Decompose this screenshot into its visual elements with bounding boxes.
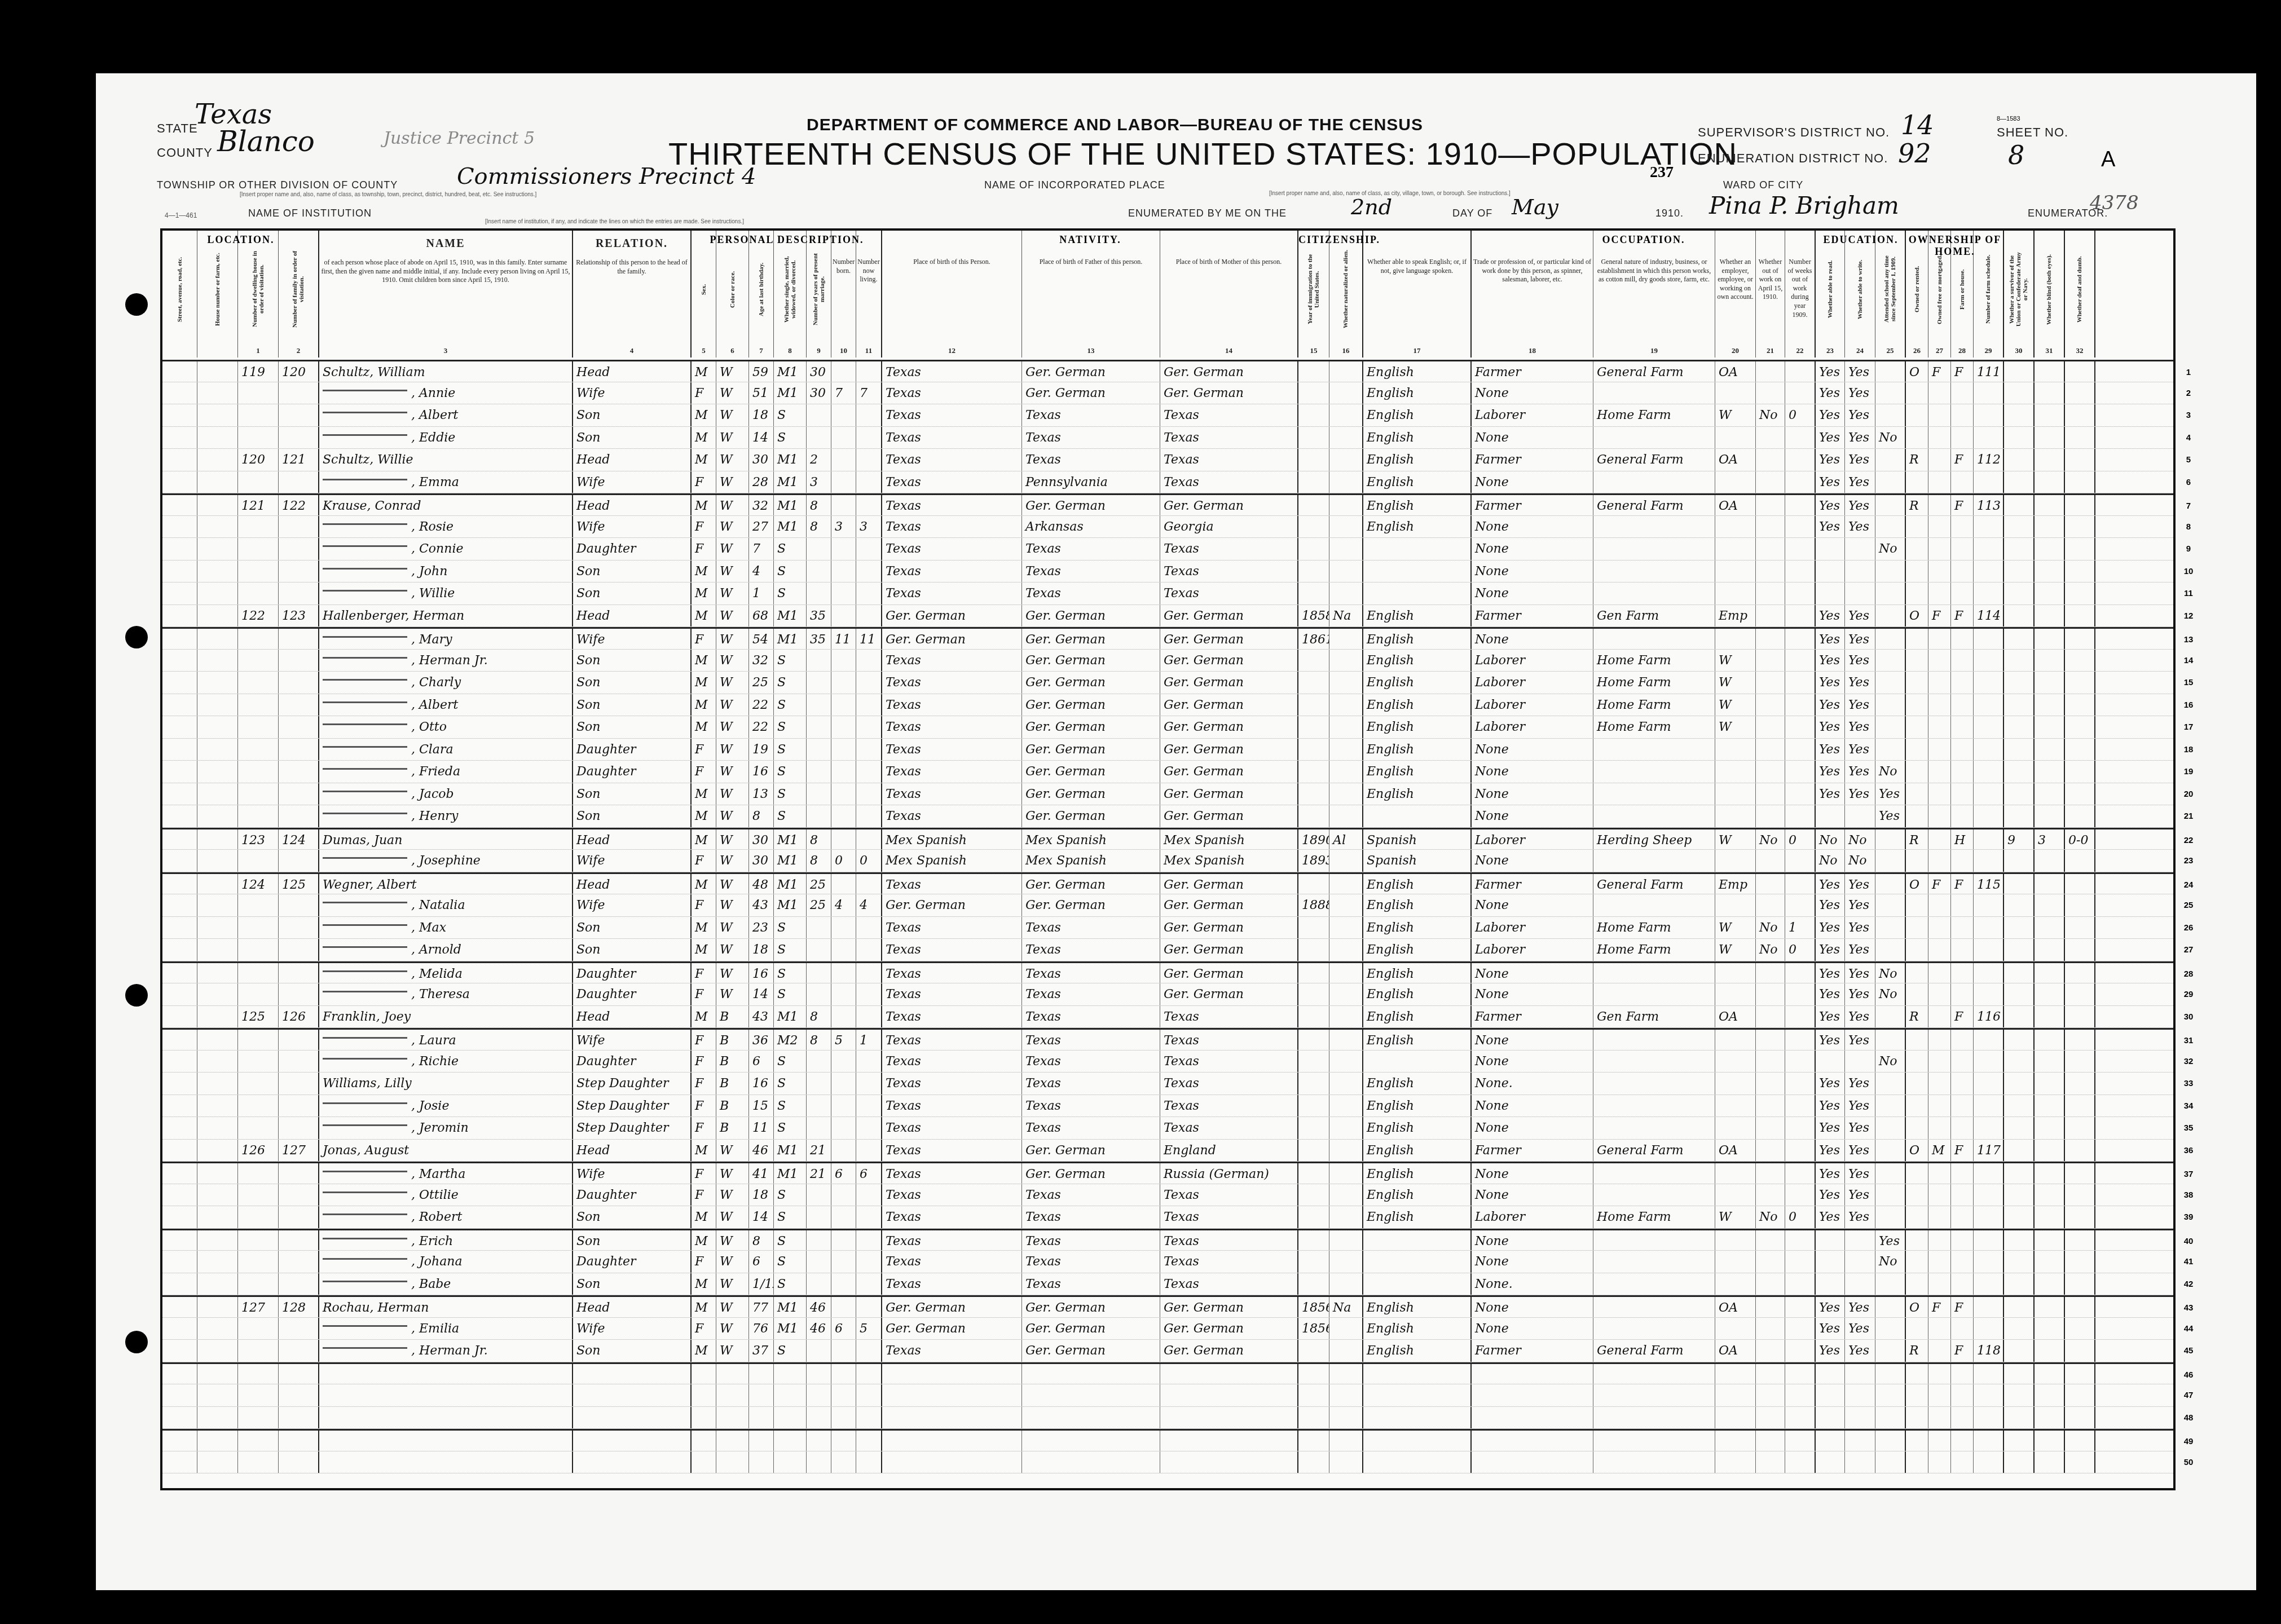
cell-c31	[2035, 516, 2065, 538]
cell-occ: Farmer	[1472, 605, 1593, 627]
cell-imm	[1298, 1006, 1329, 1028]
cell-out	[1756, 894, 1785, 916]
cell-wks	[1785, 1431, 1816, 1451]
cell-race	[716, 1431, 749, 1451]
cell-sched	[1974, 1051, 2004, 1073]
cell-dw	[238, 629, 279, 649]
cell-sex: F	[692, 629, 716, 649]
group-header-nativity: NATIVITY.	[882, 234, 1298, 246]
cell-imm	[1298, 1230, 1329, 1251]
cell-lang: English	[1363, 382, 1472, 404]
column-header: NAMEof each person whose place of abode …	[319, 231, 573, 358]
cell-lang: English	[1363, 629, 1472, 649]
cell-occ: None	[1472, 629, 1593, 649]
cell-emp	[1715, 538, 1756, 560]
column-header: Number of dwelling house in order of vis…	[238, 231, 279, 358]
cell-fbp: Mex Spanish	[1022, 829, 1160, 850]
cell-ind: General Farm	[1593, 1140, 1715, 1162]
cell-imm	[1298, 1206, 1329, 1228]
cell-mbp: Ger. German	[1160, 495, 1298, 515]
cell-fbp	[1022, 1364, 1160, 1384]
cell-fbp	[1022, 1451, 1160, 1473]
cell-age: 43	[749, 1006, 774, 1028]
cell-farm: F	[1951, 495, 1974, 515]
cell-race	[716, 1451, 749, 1473]
cell-bp: Texas	[882, 449, 1022, 471]
cell-own: O	[1906, 605, 1928, 627]
cell-farm	[1951, 404, 1974, 426]
cell-c30	[2004, 716, 2035, 738]
cell-sched	[1974, 761, 2004, 783]
cell-imm	[1298, 404, 1329, 426]
line-number: 36	[2172, 1140, 2205, 1162]
cell-c30	[2004, 1051, 2035, 1073]
cell-out: No	[1756, 939, 1785, 961]
cell-c30	[2004, 650, 2035, 672]
cell-own	[1906, 739, 1928, 761]
cell-lang: English	[1363, 1206, 1472, 1228]
cell-dw: 119	[238, 361, 279, 382]
cell-race: W	[716, 783, 749, 805]
line-number: 38	[2172, 1184, 2205, 1206]
cell-fbp: Texas	[1022, 538, 1160, 560]
cell-race: W	[716, 672, 749, 694]
cell-c32	[2065, 672, 2095, 694]
cell-nat	[1329, 1407, 1363, 1429]
cell-ind	[1593, 963, 1715, 983]
cell-lang: English	[1363, 1318, 1472, 1340]
line-number: 40	[2172, 1230, 2205, 1252]
cell-occ: None	[1472, 382, 1593, 404]
person-name: , Mary	[319, 629, 573, 649]
cell-living: 0	[856, 850, 882, 872]
cell-ms: M1	[774, 874, 807, 894]
cell-read: Yes	[1816, 404, 1845, 426]
cell-sched	[1974, 650, 2004, 672]
cell-age: 16	[749, 761, 774, 783]
cell-race: W	[716, 963, 749, 983]
cell-own	[1906, 1073, 1928, 1095]
cell-bp: Texas	[882, 1230, 1022, 1251]
cell-c31	[2035, 1297, 2065, 1317]
person-name: Wegner, Albert	[319, 874, 573, 894]
cell-dw	[238, 939, 279, 961]
cell-write	[1845, 1451, 1875, 1473]
cell-ms: S	[774, 1095, 807, 1117]
cell-age: 46	[749, 1140, 774, 1162]
cell-write	[1845, 1273, 1875, 1295]
cell-mort: F	[1928, 874, 1951, 894]
cell-living	[856, 1251, 882, 1273]
cell-nat	[1329, 874, 1363, 894]
cell-sch	[1875, 917, 1906, 939]
cell-own	[1906, 672, 1928, 694]
cell-c31	[2035, 1163, 2065, 1184]
cell-out: No	[1756, 917, 1785, 939]
person-name: , Albert	[319, 404, 573, 426]
cell-fbp: Texas	[1022, 582, 1160, 604]
cell-lang: English	[1363, 495, 1472, 515]
cell-c32	[2065, 894, 2095, 916]
cell-nat	[1329, 983, 1363, 1005]
cell-sch	[1875, 716, 1906, 738]
table-row: 126127Jonas, AugustHeadMW46M121TexasGer.…	[162, 1140, 2173, 1162]
state-label: State	[157, 121, 198, 136]
table-row: 124125Wegner, AlbertHeadMW48M125TexasGer…	[162, 872, 2173, 895]
cell-living	[856, 761, 882, 783]
cell-lang: English	[1363, 894, 1472, 916]
cell-c31	[2035, 361, 2065, 382]
cell-sex: F	[692, 382, 716, 404]
cell-race: W	[716, 427, 749, 449]
cell-sex: F	[692, 1051, 716, 1073]
cell-fbp: Ger. German	[1022, 361, 1160, 382]
cell-ind: Home Farm	[1593, 917, 1715, 939]
table-row: , ErichSonMW8STexasTexasTexasNoneYes40	[162, 1229, 2173, 1251]
column-header: Attended school any time since September…	[1875, 231, 1906, 358]
cell-farm	[1951, 1451, 1974, 1473]
cell-read: Yes	[1816, 471, 1845, 493]
cell-fam: 127	[279, 1140, 319, 1162]
cell-own	[1906, 582, 1928, 604]
cell-yrs: 35	[807, 605, 831, 627]
cell-out	[1756, 739, 1785, 761]
cell-occ: Laborer	[1472, 829, 1593, 850]
cell-sex: M	[692, 650, 716, 672]
cell-rel: Son	[573, 917, 692, 939]
cell-sched	[1974, 1384, 2004, 1406]
cell-bp: Texas	[882, 805, 1022, 827]
cell-emp	[1715, 1318, 1756, 1340]
cell-nat	[1329, 495, 1363, 515]
cell-rel: Son	[573, 716, 692, 738]
cell-sch	[1875, 1318, 1906, 1340]
cell-out	[1756, 1431, 1785, 1451]
sheet-label: Sheet No.	[1997, 125, 2068, 140]
cell-imm	[1298, 1117, 1329, 1139]
cell-c31	[2035, 582, 2065, 604]
cell-dw: 122	[238, 605, 279, 627]
cell-emp: OA	[1715, 449, 1756, 471]
cell-fam	[279, 582, 319, 604]
punch-hole	[125, 626, 148, 648]
cell-born: 0	[831, 850, 856, 872]
cell-sched	[1974, 404, 2004, 426]
stamp-number: 237	[1650, 164, 1674, 182]
cell-fam	[279, 1340, 319, 1362]
cell-bp: Ger. German	[882, 605, 1022, 627]
cell-ind	[1593, 1030, 1715, 1050]
cell-sch	[1875, 1364, 1906, 1384]
cell-own	[1906, 1163, 1928, 1184]
cell-sch	[1875, 672, 1906, 694]
cell-lang: Spanish	[1363, 829, 1472, 850]
cell-sch: No	[1875, 1051, 1906, 1073]
cell-mort	[1928, 761, 1951, 783]
line-number: 7	[2172, 495, 2205, 517]
cell-c32	[2065, 783, 2095, 805]
cell-rel: Wife	[573, 471, 692, 493]
line-number: 10	[2172, 561, 2205, 582]
cell-ind	[1593, 538, 1715, 560]
cell-nat: Na	[1329, 605, 1363, 627]
cell-out	[1756, 1163, 1785, 1184]
cell-yrs: 46	[807, 1297, 831, 1317]
table-row: , RichieDaughterFB6STexasTexasTexasNoneN…	[162, 1051, 2173, 1073]
cell-mbp: Ger. German	[1160, 650, 1298, 672]
cell-c32	[2065, 538, 2095, 560]
township-hint: [Insert proper name and, also, name of c…	[240, 192, 536, 198]
cell-sch	[1875, 1273, 1906, 1295]
cell-mbp: Ger. German	[1160, 761, 1298, 783]
cell-ms: M1	[774, 1297, 807, 1317]
cell-wks	[1785, 1051, 1816, 1073]
cell-out	[1756, 1318, 1785, 1340]
cell-lang	[1363, 1384, 1472, 1406]
cell-lang: English	[1363, 694, 1472, 716]
person-name: , Otto	[319, 716, 573, 738]
cell-ms: S	[774, 805, 807, 827]
person-name: , Theresa	[319, 983, 573, 1005]
cell-out	[1756, 1117, 1785, 1139]
cell-race: W	[716, 1273, 749, 1295]
group-header-ownership: OWNERSHIP OF HOME.	[1906, 234, 2004, 258]
cell-sch	[1875, 874, 1906, 894]
cell-c30	[2004, 1384, 2035, 1406]
cell-ms: M1	[774, 1318, 807, 1340]
cell-occ: Laborer	[1472, 716, 1593, 738]
cell-sched	[1974, 1251, 2004, 1273]
cell-sched: 117	[1974, 1140, 2004, 1162]
cell-c30	[2004, 1163, 2035, 1184]
cell-ind: Home Farm	[1593, 672, 1715, 694]
cell-c30	[2004, 963, 2035, 983]
cell-rel: Wife	[573, 1030, 692, 1050]
cell-bp	[882, 1431, 1022, 1451]
cell-ms: S	[774, 1251, 807, 1273]
cell-living: 11	[856, 629, 882, 649]
cell-own	[1906, 1451, 1928, 1473]
cell-born	[831, 874, 856, 894]
cell-emp: W	[1715, 939, 1756, 961]
cell-dw	[238, 1318, 279, 1340]
cell-read: Yes	[1816, 1318, 1845, 1340]
column-header: Sex.5	[692, 231, 716, 358]
cell-occ: Laborer	[1472, 404, 1593, 426]
line-number: 18	[2172, 739, 2205, 761]
cell-write: Yes	[1845, 650, 1875, 672]
cell-lang	[1363, 1451, 1472, 1473]
cell-ind	[1593, 1095, 1715, 1117]
cell-sch	[1875, 939, 1906, 961]
cell-dw: 120	[238, 449, 279, 471]
cell-fam	[279, 672, 319, 694]
cell-read: Yes	[1816, 716, 1845, 738]
cell-c32	[2065, 874, 2095, 894]
cell-sch	[1875, 894, 1906, 916]
cell-out	[1756, 629, 1785, 649]
cell-own	[1906, 1230, 1928, 1251]
cell-emp: W	[1715, 672, 1756, 694]
cell-mort	[1928, 1451, 1951, 1473]
cell-own	[1906, 629, 1928, 649]
cell-fam	[279, 1431, 319, 1451]
cell-write	[1845, 1431, 1875, 1451]
cell-dw	[238, 538, 279, 560]
cell-fbp: Ger. German	[1022, 894, 1160, 916]
cell-mbp: Texas	[1160, 538, 1298, 560]
form-code: 4—1—461	[165, 211, 197, 219]
cell-read	[1816, 538, 1845, 560]
table-row: , TheresaDaughterFW14STexasTexasGer. Ger…	[162, 983, 2173, 1006]
cell-bp: Ger. German	[882, 894, 1022, 916]
cell-mort: F	[1928, 605, 1951, 627]
cell-fam	[279, 1251, 319, 1273]
cell-fbp: Texas	[1022, 1273, 1160, 1295]
cell-c30	[2004, 1451, 2035, 1473]
cell-rel: Son	[573, 650, 692, 672]
cell-age: 22	[749, 694, 774, 716]
cell-write: Yes	[1845, 404, 1875, 426]
cell-lang: English	[1363, 516, 1472, 538]
cell-sex: F	[692, 1184, 716, 1206]
cell-living	[856, 582, 882, 604]
cell-age: 25	[749, 672, 774, 694]
cell-born: 3	[831, 516, 856, 538]
cell-mbp	[1160, 1451, 1298, 1473]
cell-fbp: Texas	[1022, 1117, 1160, 1139]
cell-mbp: Mex Spanish	[1160, 829, 1298, 850]
cell-occ: None	[1472, 805, 1593, 827]
cell-race: W	[716, 605, 749, 627]
cell-born	[831, 1451, 856, 1473]
cell-emp	[1715, 1364, 1756, 1384]
cell-c31	[2035, 1318, 2065, 1340]
cell-ind: General Farm	[1593, 495, 1715, 515]
cell-c32	[2065, 1206, 2095, 1228]
cell-imm	[1298, 561, 1329, 582]
cell-bp: Texas	[882, 538, 1022, 560]
cell-yrs	[807, 983, 831, 1005]
cell-ms: M1	[774, 1140, 807, 1162]
cell-mort	[1928, 629, 1951, 649]
cell-c30	[2004, 1030, 2035, 1050]
cell-c31	[2035, 605, 2065, 627]
cell-mort	[1928, 894, 1951, 916]
cell-fbp: Ger. German	[1022, 739, 1160, 761]
cell-c31	[2035, 716, 2065, 738]
cell-c32	[2065, 1140, 2095, 1162]
cell-ind	[1593, 1318, 1715, 1340]
cell-ms	[774, 1431, 807, 1451]
cell-ms: M1	[774, 829, 807, 850]
cell-mort	[1928, 783, 1951, 805]
person-name: Rochau, Herman	[319, 1297, 573, 1317]
cell-wks	[1785, 739, 1816, 761]
cell-c32	[2065, 1095, 2095, 1117]
cell-wks	[1785, 783, 1816, 805]
cell-own	[1906, 1117, 1928, 1139]
cell-wks	[1785, 1364, 1816, 1384]
cell-c31	[2035, 1206, 2065, 1228]
cell-fam	[279, 650, 319, 672]
cell-ind	[1593, 1117, 1715, 1139]
cell-write: Yes	[1845, 716, 1875, 738]
cell-write: Yes	[1845, 1006, 1875, 1028]
person-name	[319, 1407, 573, 1429]
cell-sch	[1875, 694, 1906, 716]
cell-rel: Step Daughter	[573, 1073, 692, 1095]
cell-out	[1756, 694, 1785, 716]
cell-age	[749, 1407, 774, 1429]
day-of-label: day of	[1452, 208, 1492, 219]
cell-race: B	[716, 1030, 749, 1050]
cell-imm	[1298, 716, 1329, 738]
table-row: , AlbertSonMW22STexasGer. GermanGer. Ger…	[162, 694, 2173, 717]
census-title: THIRTEENTH CENSUS OF THE UNITED STATES: …	[668, 135, 1737, 172]
cell-yrs	[807, 538, 831, 560]
cell-yrs	[807, 761, 831, 783]
cell-yrs	[807, 917, 831, 939]
cell-fbp: Ger. German	[1022, 1340, 1160, 1362]
table-row: Williams, LillyStep DaughterFB16STexasTe…	[162, 1073, 2173, 1095]
cell-write: Yes	[1845, 1095, 1875, 1117]
cell-imm	[1298, 761, 1329, 783]
table-row: , LauraWifeFB36M2851TexasTexasTexasEngli…	[162, 1028, 2173, 1051]
cell-bp: Texas	[882, 427, 1022, 449]
cell-dw	[238, 963, 279, 983]
cell-race: W	[716, 1318, 749, 1340]
cell-wks	[1785, 874, 1816, 894]
cell-out	[1756, 495, 1785, 515]
cell-yrs: 8	[807, 516, 831, 538]
cell-yrs: 8	[807, 495, 831, 515]
cell-sex: M	[692, 1273, 716, 1295]
cell-fbp: Ger. German	[1022, 1163, 1160, 1184]
cell-lang	[1363, 582, 1472, 604]
cell-born: 6	[831, 1318, 856, 1340]
cell-emp	[1715, 963, 1756, 983]
cell-sex: M	[692, 1006, 716, 1028]
cell-nat	[1329, 850, 1363, 872]
cell-own	[1906, 1251, 1928, 1273]
cell-sched	[1974, 1451, 2004, 1473]
cell-age	[749, 1431, 774, 1451]
cell-c31	[2035, 1073, 2065, 1095]
cell-sch	[1875, 1163, 1906, 1184]
cell-mbp: Ger. German	[1160, 605, 1298, 627]
cell-race: B	[716, 1095, 749, 1117]
cell-lang: English	[1363, 449, 1472, 471]
enumerated-day: 2nd	[1351, 195, 1392, 219]
cell-write: Yes	[1845, 694, 1875, 716]
cell-ind	[1593, 1364, 1715, 1384]
cell-c30	[2004, 1364, 2035, 1384]
cell-mbp: Texas	[1160, 1117, 1298, 1139]
cell-read: Yes	[1816, 1073, 1845, 1095]
cell-mbp: Texas	[1160, 404, 1298, 426]
line-number: 13	[2172, 629, 2205, 651]
cell-rel: Daughter	[573, 983, 692, 1005]
table-row: , JosieStep DaughterFB15STexasTexasTexas…	[162, 1095, 2173, 1118]
cell-born	[831, 650, 856, 672]
cell-wks	[1785, 471, 1816, 493]
column-header: Whether single, married, widowed, or div…	[774, 231, 807, 358]
cell-nat	[1329, 449, 1363, 471]
cell-sex: F	[692, 739, 716, 761]
cell-nat	[1329, 538, 1363, 560]
cell-born	[831, 605, 856, 627]
